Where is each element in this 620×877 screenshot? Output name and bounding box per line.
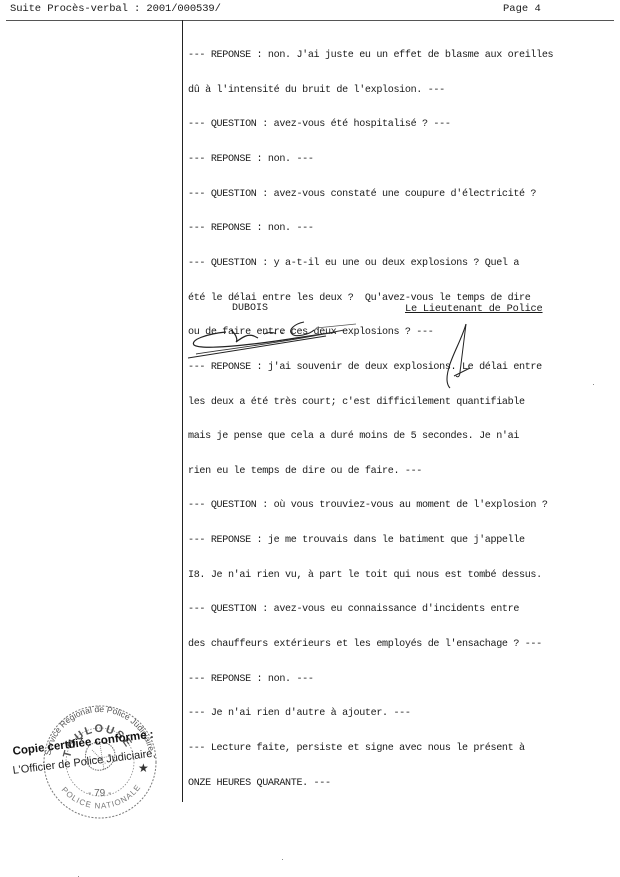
page-number: Page 4	[503, 3, 541, 15]
transcript-line: --- REPONSE : non. ---	[188, 674, 613, 686]
transcript-line: --- REPONSE : non. ---	[188, 223, 613, 235]
transcript-line: --- REPONSE : non. J'ai juste eu un effe…	[188, 50, 613, 62]
document-header-title: Suite Procès-verbal : 2001/000539/	[10, 3, 221, 15]
transcript-line: rien eu le temps de dire ou de faire. --…	[188, 466, 613, 478]
stamp-number: - 79 -	[88, 788, 111, 799]
transcript-line: dû à l'intensité du bruit de l'explosion…	[188, 85, 613, 97]
officer-title: Le Lieutenant de Police	[405, 303, 543, 315]
witness-signature-icon	[186, 312, 366, 362]
officer-signature-icon	[440, 320, 480, 390]
margin-rule	[182, 20, 183, 802]
transcript-line: --- QUESTION : avez-vous eu connaissance…	[188, 604, 613, 616]
transcript-body: --- REPONSE : non. J'ai juste eu un effe…	[188, 27, 613, 801]
scan-speck	[282, 859, 283, 860]
transcript-line: --- QUESTION : où vous trouviez-vous au …	[188, 500, 613, 512]
transcript-line: ONZE HEURES QUARANTE. ---	[188, 778, 613, 790]
transcript-line: --- Je n'ai rien d'autre à ajouter. ---	[188, 708, 613, 720]
transcript-line: des chauffeurs extérieurs et les employé…	[188, 639, 613, 651]
transcript-line: les deux a été très court; c'est diffici…	[188, 397, 613, 409]
header-rule	[6, 20, 614, 21]
stamp-star-icon: ★	[138, 761, 149, 775]
transcript-line: mais je pense que cela a duré moins de 5…	[188, 431, 613, 443]
transcript-line: --- REPONSE : je me trouvais dans le bat…	[188, 535, 613, 547]
transcript-line: --- QUESTION : y a-t-il eu une ou deux e…	[188, 258, 613, 270]
transcript-line: --- Lecture faite, persiste et signe ave…	[188, 743, 613, 755]
transcript-line: --- QUESTION : avez-vous constaté une co…	[188, 189, 613, 201]
transcript-line: --- QUESTION : avez-vous été hospitalisé…	[188, 119, 613, 131]
transcript-line: I8. Je n'ai rien vu, à part le toit qui …	[188, 570, 613, 582]
scan-speck	[593, 384, 594, 385]
transcript-line: --- REPONSE : j'ai souvenir de deux expl…	[188, 362, 613, 374]
transcript-line: --- REPONSE : non. ---	[188, 154, 613, 166]
